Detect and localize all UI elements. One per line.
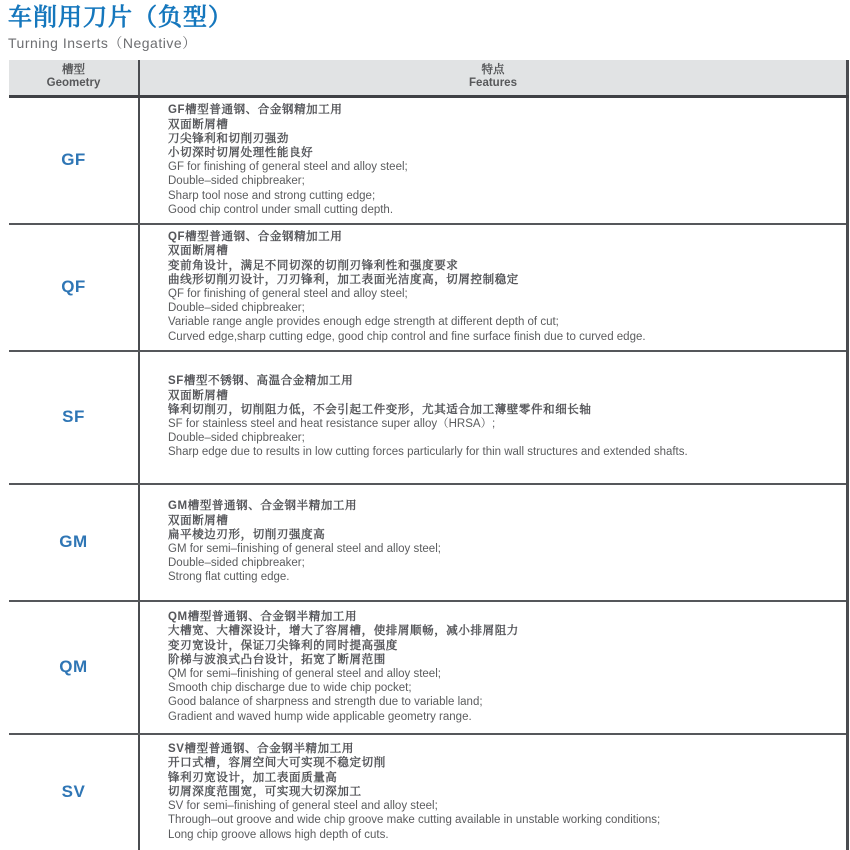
table-row: SFSF槽型不锈钢、高温合金精加工用双面断屑槽锋利切削刃，切削阻力低，不会引起工… (9, 351, 848, 484)
feature-line: QM for semi–finishing of general steel a… (168, 667, 840, 681)
feature-line: 双面断屑槽 (168, 514, 840, 528)
feature-line: Sharp edge due to results in low cutting… (168, 445, 840, 459)
feature-line: SF槽型不锈钢、高温合金精加工用 (168, 374, 840, 388)
table-row: GMGM槽型普通钢、合金钢半精加工用双面断屑槽扁平棱边刃形，切削刃强度高GM f… (9, 484, 848, 601)
feature-lines: SF槽型不锈钢、高温合金精加工用双面断屑槽锋利切削刃，切削阻力低，不会引起工件变… (139, 351, 848, 484)
feature-line: QF槽型普通钢、合金钢精加工用 (168, 230, 840, 244)
feature-line: 变刃宽设计，保证刀尖锋利的同时提高强度 (168, 639, 840, 653)
feature-line: QF for finishing of general steel and al… (168, 287, 840, 301)
feature-lines: SV槽型普通钢、合金钢半精加工用开口式槽，容屑空间大可实现不稳定切削锋利刃宽设计… (139, 734, 848, 850)
geometry-label: GM (9, 484, 139, 601)
feature-line: Sharp tool nose and strong cutting edge; (168, 189, 840, 203)
feature-line: Variable range angle provides enough edg… (168, 315, 840, 329)
feature-line: 小切深时切屑处理性能良好 (168, 146, 840, 160)
feature-line: 曲线形切削刃设计，刀刃锋利，加工表面光洁度高，切屑控制稳定 (168, 273, 840, 287)
feature-line: Strong flat cutting edge. (168, 570, 840, 584)
feature-line: 刀尖锋利和切削刃强劲 (168, 132, 840, 146)
table-row: QFQF槽型普通钢、合金钢精加工用双面断屑槽变前角设计，满足不同切深的切削刃锋利… (9, 224, 848, 351)
feature-line: 阶梯与波浪式凸台设计，拓宽了断屑范围 (168, 653, 840, 667)
feature-line: Good balance of sharpness and strength d… (168, 695, 840, 709)
feature-line: 变前角设计，满足不同切深的切削刃锋利性和强度要求 (168, 259, 840, 273)
geometry-label: SV (9, 734, 139, 850)
feature-line: 双面断屑槽 (168, 389, 840, 403)
feature-lines: QF槽型普通钢、合金钢精加工用双面断屑槽变前角设计，满足不同切深的切削刃锋利性和… (139, 224, 848, 351)
feature-lines: GF槽型普通钢、合金钢精加工用双面断屑槽刀尖锋利和切削刃强劲小切深时切屑处理性能… (139, 97, 848, 224)
feature-line: QM槽型普通钢、合金钢半精加工用 (168, 610, 840, 624)
feature-line: Double–sided chipbreaker; (168, 431, 840, 445)
geometry-label: SF (9, 351, 139, 484)
geometry-header-cn: 槽型 (9, 64, 138, 77)
page-subtitle: Turning Inserts（Negative） (8, 33, 850, 53)
feature-line: 双面断屑槽 (168, 244, 840, 258)
feature-line: Double–sided chipbreaker; (168, 556, 840, 570)
features-header-cn: 特点 (140, 64, 846, 77)
feature-line: 切屑深度范围宽，可实现大切深加工 (168, 785, 840, 799)
feature-line: 扁平棱边刃形，切削刃强度高 (168, 528, 840, 542)
header-row: 槽型 Geometry 特点 Features (9, 60, 848, 97)
feature-line: GM槽型普通钢、合金钢半精加工用 (168, 499, 840, 513)
table-header: 槽型 Geometry 特点 Features (9, 60, 848, 97)
feature-line: GF槽型普通钢、合金钢精加工用 (168, 103, 840, 117)
feature-line: GF for finishing of general steel and al… (168, 160, 840, 174)
feature-line: Gradient and waved hump wide applicable … (168, 710, 840, 724)
feature-line: 双面断屑槽 (168, 118, 840, 132)
feature-line: Long chip groove allows high depth of cu… (168, 828, 840, 842)
feature-line: Smooth chip discharge due to wide chip p… (168, 681, 840, 695)
geometry-column-header: 槽型 Geometry (9, 60, 139, 97)
feature-line: Good chip control under small cutting de… (168, 203, 840, 217)
feature-line: 锋利切削刃，切削阻力低，不会引起工件变形，尤其适合加工薄壁零件和细长轴 (168, 403, 840, 417)
geometry-label: QF (9, 224, 139, 351)
feature-line: Through–out groove and wide chip groove … (168, 813, 840, 827)
features-header-en: Features (140, 77, 846, 90)
table-row: QMQM槽型普通钢、合金钢半精加工用大槽宽、大槽深设计，增大了容屑槽，使排屑顺畅… (9, 601, 848, 734)
table-row: SVSV槽型普通钢、合金钢半精加工用开口式槽，容屑空间大可实现不稳定切削锋利刃宽… (9, 734, 848, 850)
feature-line: Double–sided chipbreaker; (168, 301, 840, 315)
catalog-page: 车削用刀片（负型） Turning Inserts（Negative） 槽型 G… (0, 0, 850, 850)
feature-line: 大槽宽、大槽深设计，增大了容屑槽，使排屑顺畅，减小排屑阻力 (168, 624, 840, 638)
feature-line: SF for stainless steel and heat resistan… (168, 417, 840, 431)
features-column-header: 特点 Features (139, 60, 848, 97)
feature-line: SV for semi–finishing of general steel a… (168, 799, 840, 813)
feature-lines: QM槽型普通钢、合金钢半精加工用大槽宽、大槽深设计，增大了容屑槽，使排屑顺畅，减… (139, 601, 848, 734)
feature-line: Curved edge,sharp cutting edge, good chi… (168, 330, 840, 344)
page-title: 车削用刀片（负型） (8, 5, 850, 31)
feature-lines: GM槽型普通钢、合金钢半精加工用双面断屑槽扁平棱边刃形，切削刃强度高GM for… (139, 484, 848, 601)
table-row: GFGF槽型普通钢、合金钢精加工用双面断屑槽刀尖锋利和切削刃强劲小切深时切屑处理… (9, 97, 848, 224)
feature-line: 锋利刃宽设计，加工表面质量高 (168, 771, 840, 785)
feature-line: 开口式槽，容屑空间大可实现不稳定切削 (168, 756, 840, 770)
geometry-label: QM (9, 601, 139, 734)
features-table: 槽型 Geometry 特点 Features GFGF槽型普通钢、合金钢精加工… (9, 60, 849, 850)
table-body: GFGF槽型普通钢、合金钢精加工用双面断屑槽刀尖锋利和切削刃强劲小切深时切屑处理… (9, 97, 848, 850)
feature-line: GM for semi–finishing of general steel a… (168, 542, 840, 556)
feature-line: SV槽型普通钢、合金钢半精加工用 (168, 742, 840, 756)
feature-line: Double–sided chipbreaker; (168, 174, 840, 188)
geometry-header-en: Geometry (9, 77, 138, 90)
geometry-label: GF (9, 97, 139, 224)
